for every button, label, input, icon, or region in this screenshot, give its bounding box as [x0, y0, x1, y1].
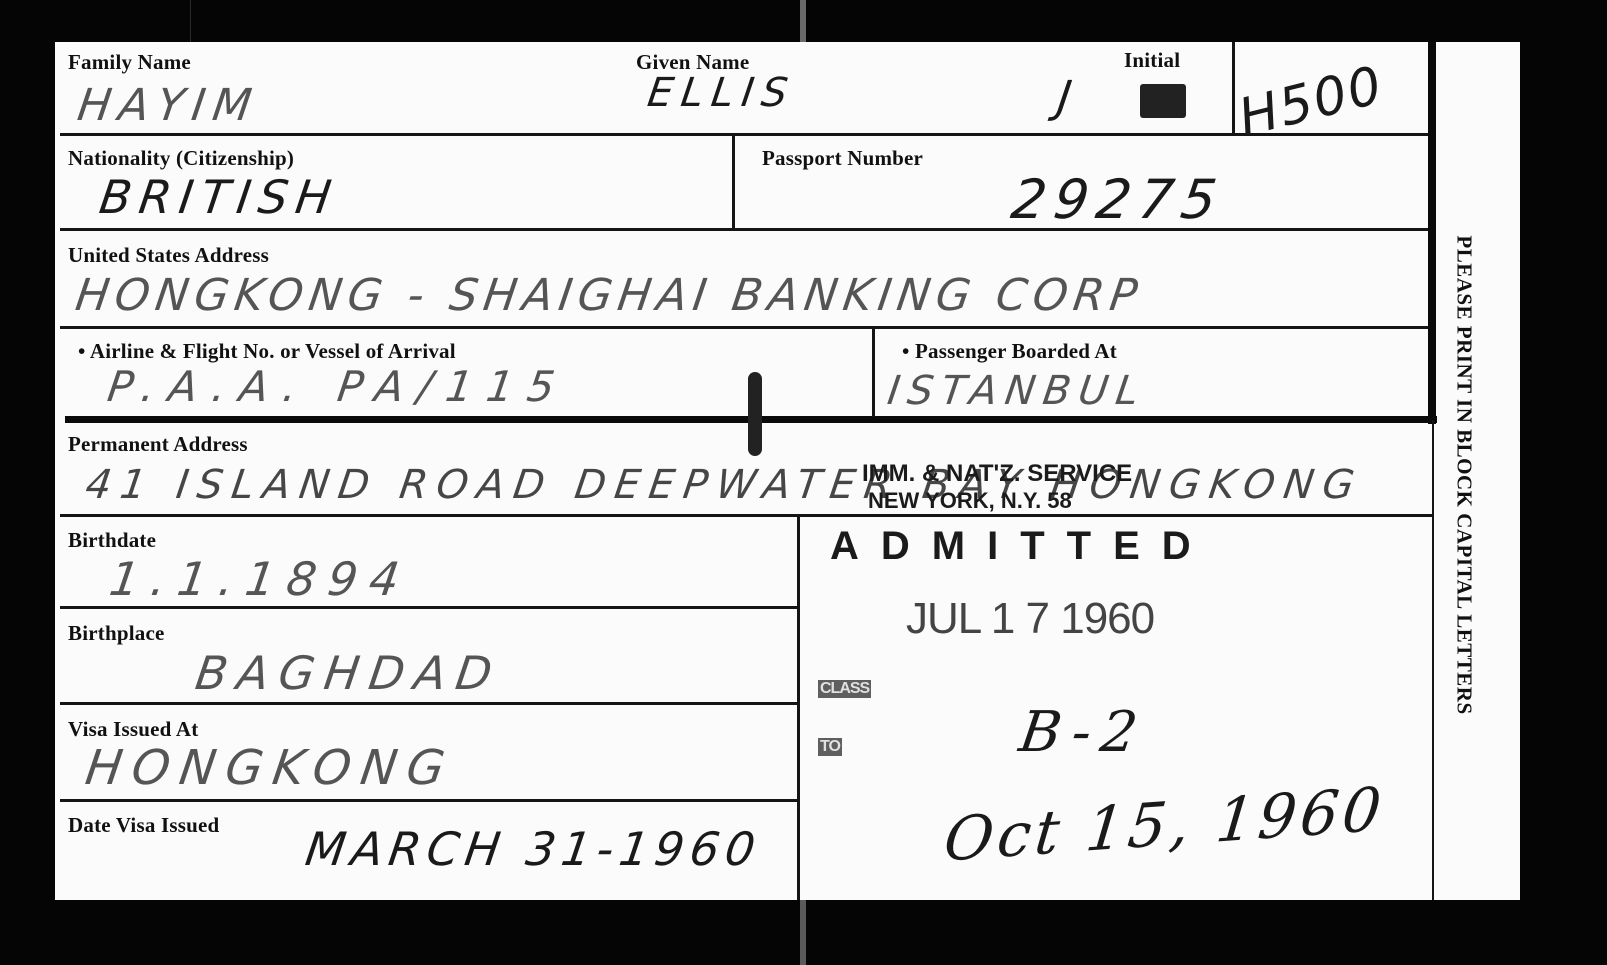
row-divider	[60, 228, 1432, 231]
admitted-stamp: ADMITTED	[830, 524, 1213, 569]
birthdate-label: Birthdate	[68, 528, 156, 553]
until-stamp-label: TO	[818, 738, 842, 756]
block-capitals-instruction: PLEASE PRINT IN BLOCK CAPITAL LETTERS	[1452, 235, 1477, 714]
film-scratch	[800, 0, 806, 42]
admission-class-value: B-2	[1015, 700, 1151, 765]
row-divider	[60, 133, 1432, 136]
row-divider	[60, 606, 797, 609]
birthplace-label: Birthplace	[68, 621, 165, 646]
date-visa-issued-value: MARCH 31-1960	[302, 822, 764, 876]
nationality-label: Nationality (Citizenship)	[68, 146, 294, 171]
us-address-label: United States Address	[68, 243, 269, 268]
airline-flight-value: P.A.A. PA/115	[105, 362, 572, 411]
passport-number-value: 29275	[1008, 168, 1229, 231]
column-divider	[1232, 42, 1235, 134]
passport-number-label: Passport Number	[762, 146, 923, 171]
column-divider	[797, 515, 800, 900]
initial-label: Initial	[1124, 48, 1180, 73]
boarded-at-label: • Passenger Boarded At	[902, 339, 1117, 364]
permanent-address-label: Permanent Address	[68, 432, 248, 457]
visa-issued-at-label: Visa Issued At	[68, 717, 198, 742]
instruction-strip: PLEASE PRINT IN BLOCK CAPITAL LETTERS	[1448, 130, 1480, 820]
column-divider	[732, 134, 735, 229]
row-divider	[60, 702, 797, 705]
film-scratch	[190, 0, 191, 42]
us-address-value: HONGKONG - SHAIGHAI BANKING CORP	[72, 270, 1146, 321]
family-name-label: Family Name	[68, 50, 191, 75]
stamp-location: NEW YORK, N.Y. 58	[868, 488, 1072, 514]
birthplace-value: BAGHDAD	[192, 646, 505, 700]
class-stamp-label: CLASS	[818, 680, 871, 698]
struck-initial-mark	[1140, 84, 1186, 118]
boarded-at-value: ISTANBUL	[885, 368, 1150, 414]
column-divider	[872, 327, 875, 417]
instruction-strip-border	[1432, 420, 1434, 900]
permanent-address-value: 41 ISLAND ROAD DEEPWATER BAY HONGKONG	[83, 462, 1366, 508]
row-divider	[60, 799, 797, 802]
stamp-agency: IMM. & NAT'Z. SERVICE	[862, 460, 1132, 488]
film-scratch	[800, 900, 806, 965]
birthdate-value: 1.1.1894	[106, 552, 414, 606]
nationality-value: BRITISH	[96, 170, 342, 224]
family-name-value: HAYIM	[74, 80, 262, 131]
given-name-value: ELLIS	[645, 70, 798, 116]
row-divider	[60, 514, 1432, 517]
date-visa-issued-label: Date Visa Issued	[68, 813, 219, 838]
airline-flight-label: • Airline & Flight No. or Vessel of Arri…	[78, 339, 456, 364]
admission-date-stamp: JUL 1 7 1960	[906, 594, 1154, 644]
ink-mark	[748, 372, 762, 456]
row-divider	[60, 326, 1432, 329]
visa-issued-at-value: HONGKONG	[82, 740, 458, 796]
instruction-strip-border	[1428, 42, 1436, 424]
